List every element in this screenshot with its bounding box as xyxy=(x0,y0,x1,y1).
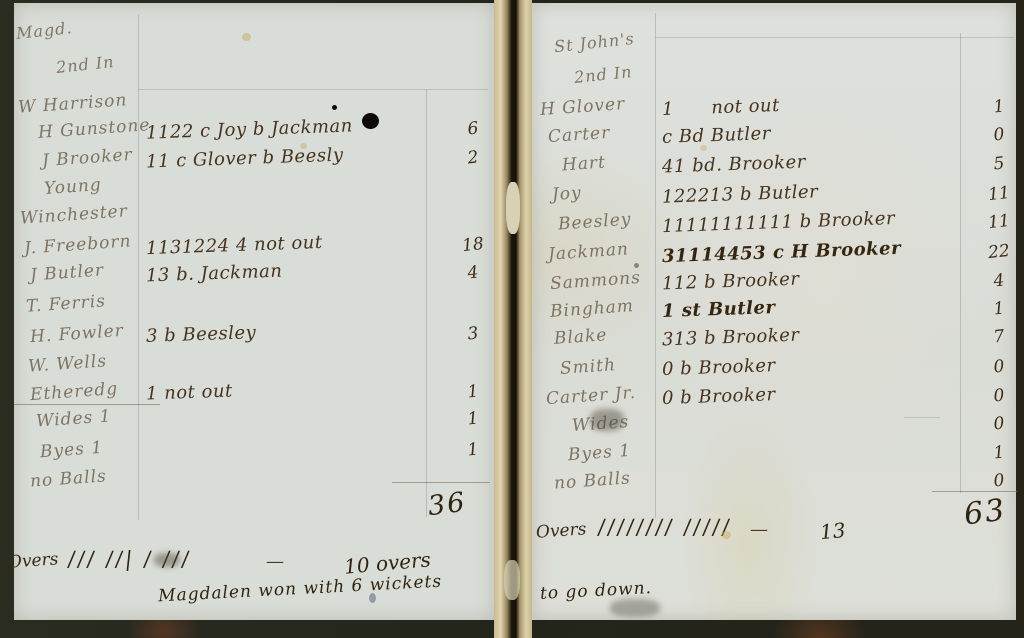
dismissal-score: 122213 b Butler xyxy=(662,181,819,207)
runs-total: 0 xyxy=(973,383,1024,408)
extras-label: Byes 1 xyxy=(39,438,103,462)
fox-spot xyxy=(722,531,731,539)
table-row: H Glover1 not out1 xyxy=(532,97,1016,123)
table-row: H Gunstone1122 c Joy b Jackman6 xyxy=(14,119,494,145)
runs-total: 5 xyxy=(973,151,1024,176)
batsman-name: Hart xyxy=(561,152,606,175)
ink-smudge xyxy=(590,409,624,431)
batsman-name: Carter Jr. xyxy=(545,383,636,409)
table-row: Sammons112 b Brooker4 xyxy=(532,271,1016,297)
table-row: H. Fowler3 b Beesley3 xyxy=(14,324,494,350)
runs-total: 11 xyxy=(973,181,1024,206)
fox-spot xyxy=(242,33,251,41)
batsman-name: Winchester xyxy=(19,201,128,228)
runs-total: 1 xyxy=(973,296,1024,321)
batsman-name: J. Freeborn xyxy=(23,231,132,258)
ink-dot xyxy=(332,105,337,110)
extras-label: Byes 1 xyxy=(567,441,631,465)
runs-total: 1 xyxy=(973,94,1024,119)
dismissal-score: 313 b Brooker xyxy=(662,325,800,351)
left-team-name: Magd. xyxy=(15,18,73,43)
batsman-name: Carter xyxy=(547,123,611,147)
extras-total: 0 xyxy=(973,468,1024,493)
batsman-name: Etheredg xyxy=(29,379,118,405)
table-row: J Butler13 b. Jackman4 xyxy=(14,263,494,289)
extras-label: no Balls xyxy=(29,466,107,491)
right-overs-dash: — xyxy=(750,519,768,540)
dismissal-score: 13 b. Jackman xyxy=(146,261,283,287)
batsman-name: Young xyxy=(43,175,102,199)
dismissal-score: 31114453 c H Brooker xyxy=(662,238,902,267)
dismissal-score: 1 st Butler xyxy=(662,297,776,322)
batsman-name: Smith xyxy=(559,355,616,379)
right-top-rule xyxy=(655,37,1015,38)
table-row: W. Wells xyxy=(14,354,494,380)
etheredg-underline xyxy=(14,404,160,405)
left-overs-label: Overs xyxy=(7,549,59,572)
blue-mark xyxy=(369,593,376,603)
right-total-line xyxy=(932,491,1018,492)
batsman-name: Bingham xyxy=(549,296,634,322)
scorebook-spread: Magd. 2nd In W Harrison H Gunstone1122 c… xyxy=(0,0,1024,638)
table-row: Beesley11111111111 b Brooker11 xyxy=(532,212,1016,238)
runs-total: 22 xyxy=(973,239,1024,264)
fox-spot xyxy=(700,145,707,151)
gutter-paper-patch xyxy=(506,182,520,234)
right-page: St John's 2nd In H Glover1 not out1 Cart… xyxy=(532,3,1016,620)
extras-row: Byes 11 xyxy=(532,443,1016,469)
table-row: J Brooker11 c Glover b Beesly2 xyxy=(14,148,494,174)
batsman-name: Beesley xyxy=(557,209,632,234)
right-innings-label: 2nd In xyxy=(573,62,633,87)
batsman-name: H Glover xyxy=(539,94,625,120)
table-row: Blake313 b Brooker7 xyxy=(532,327,1016,353)
extras-total: 1 xyxy=(973,440,1024,465)
book-gutter xyxy=(494,0,532,638)
right-overs-count: 13 xyxy=(819,518,846,544)
runs-total: 7 xyxy=(973,324,1024,349)
runs-total: 11 xyxy=(973,209,1024,234)
right-grand-total: 63 xyxy=(962,493,1008,533)
batsman-name: Sammons xyxy=(549,268,641,294)
table-row: Smith0 b Brooker0 xyxy=(532,357,1016,383)
dismissal-score: 41 bd. Brooker xyxy=(662,151,806,177)
extras-label: no Balls xyxy=(553,468,631,493)
match-result-note: Magdalen won with 6 wickets xyxy=(158,572,443,607)
ink-dot xyxy=(634,263,639,268)
dismissal-score: 0 b Brooker xyxy=(662,355,776,380)
dismissal-score: 0 b Brooker xyxy=(662,384,776,409)
ink-blot xyxy=(362,113,379,129)
right-overs-label: Overs xyxy=(535,519,587,542)
table-row: Jackman31114453 c H Brooker22 xyxy=(532,242,1016,268)
gutter-paper-patch xyxy=(504,560,520,600)
runs-total: 0 xyxy=(973,354,1024,379)
left-grand-total: 36 xyxy=(426,487,468,522)
dismissal-score: 112 b Brooker xyxy=(662,269,800,295)
table-row: Carterc Bd Butler0 xyxy=(532,125,1016,151)
table-row: Young xyxy=(14,177,494,203)
left-top-rule xyxy=(138,89,488,90)
dismissal-score: 1131224 4 not out xyxy=(146,232,323,259)
dismissal-score: 1122 c Joy b Jackman xyxy=(146,115,353,143)
table-row: Joy122213 b Butler11 xyxy=(532,184,1016,210)
dismissal-score: 1 not out xyxy=(146,380,233,404)
dismissal-score: 1 not out xyxy=(662,95,781,120)
dismissal-score: 11111111111 b Brooker xyxy=(662,208,896,237)
extras-row: Byes 11 xyxy=(14,440,494,466)
left-total-line xyxy=(392,482,490,483)
extras-total: 0 xyxy=(973,411,1024,436)
ink-smudge xyxy=(154,553,180,567)
dismissal-score: 11 c Glover b Beesly xyxy=(146,145,344,173)
ink-smudge xyxy=(610,599,660,617)
right-overs-tally: //////// ///// xyxy=(597,515,733,539)
right-team-name: St John's xyxy=(553,29,635,56)
batsman-name: Blake xyxy=(553,325,608,349)
extras-row: no Balls0 xyxy=(532,471,1016,497)
batsman-name: W Harrison xyxy=(17,90,128,118)
extras-label: Wides 1 xyxy=(35,406,112,431)
batsman-name: T. Ferris xyxy=(25,291,106,317)
left-page: Magd. 2nd In W Harrison H Gunstone1122 c… xyxy=(14,3,494,620)
table-row: T. Ferris xyxy=(14,294,494,320)
runs-total: 4 xyxy=(973,268,1024,293)
batsman-name: H. Fowler xyxy=(29,321,124,348)
batsman-name: J Brooker xyxy=(41,145,133,171)
fox-spot xyxy=(300,143,307,149)
left-innings-label: 2nd In xyxy=(55,52,115,77)
batsman-name: Jackman xyxy=(547,239,629,265)
batsman-name: W. Wells xyxy=(27,351,107,376)
dismissal-score: 3 b Beesley xyxy=(146,322,257,347)
table-row: Winchester xyxy=(14,205,494,231)
table-row: Hart41 bd. Brooker5 xyxy=(532,154,1016,180)
table-row: Bingham1 st Butler1 xyxy=(532,299,1016,325)
batsman-name: Joy xyxy=(551,183,582,205)
left-overs-dash: — xyxy=(266,551,284,572)
table-row: J. Freeborn1131224 4 not out18 xyxy=(14,235,494,261)
batsman-name: H Gunstone xyxy=(37,115,151,143)
batsman-name: J Butler xyxy=(29,260,104,285)
extras-row: Wides 11 xyxy=(14,409,494,435)
dismissal-score: c Bd Butler xyxy=(662,123,772,148)
table-row: W Harrison xyxy=(14,94,494,120)
runs-total: 0 xyxy=(973,122,1024,147)
